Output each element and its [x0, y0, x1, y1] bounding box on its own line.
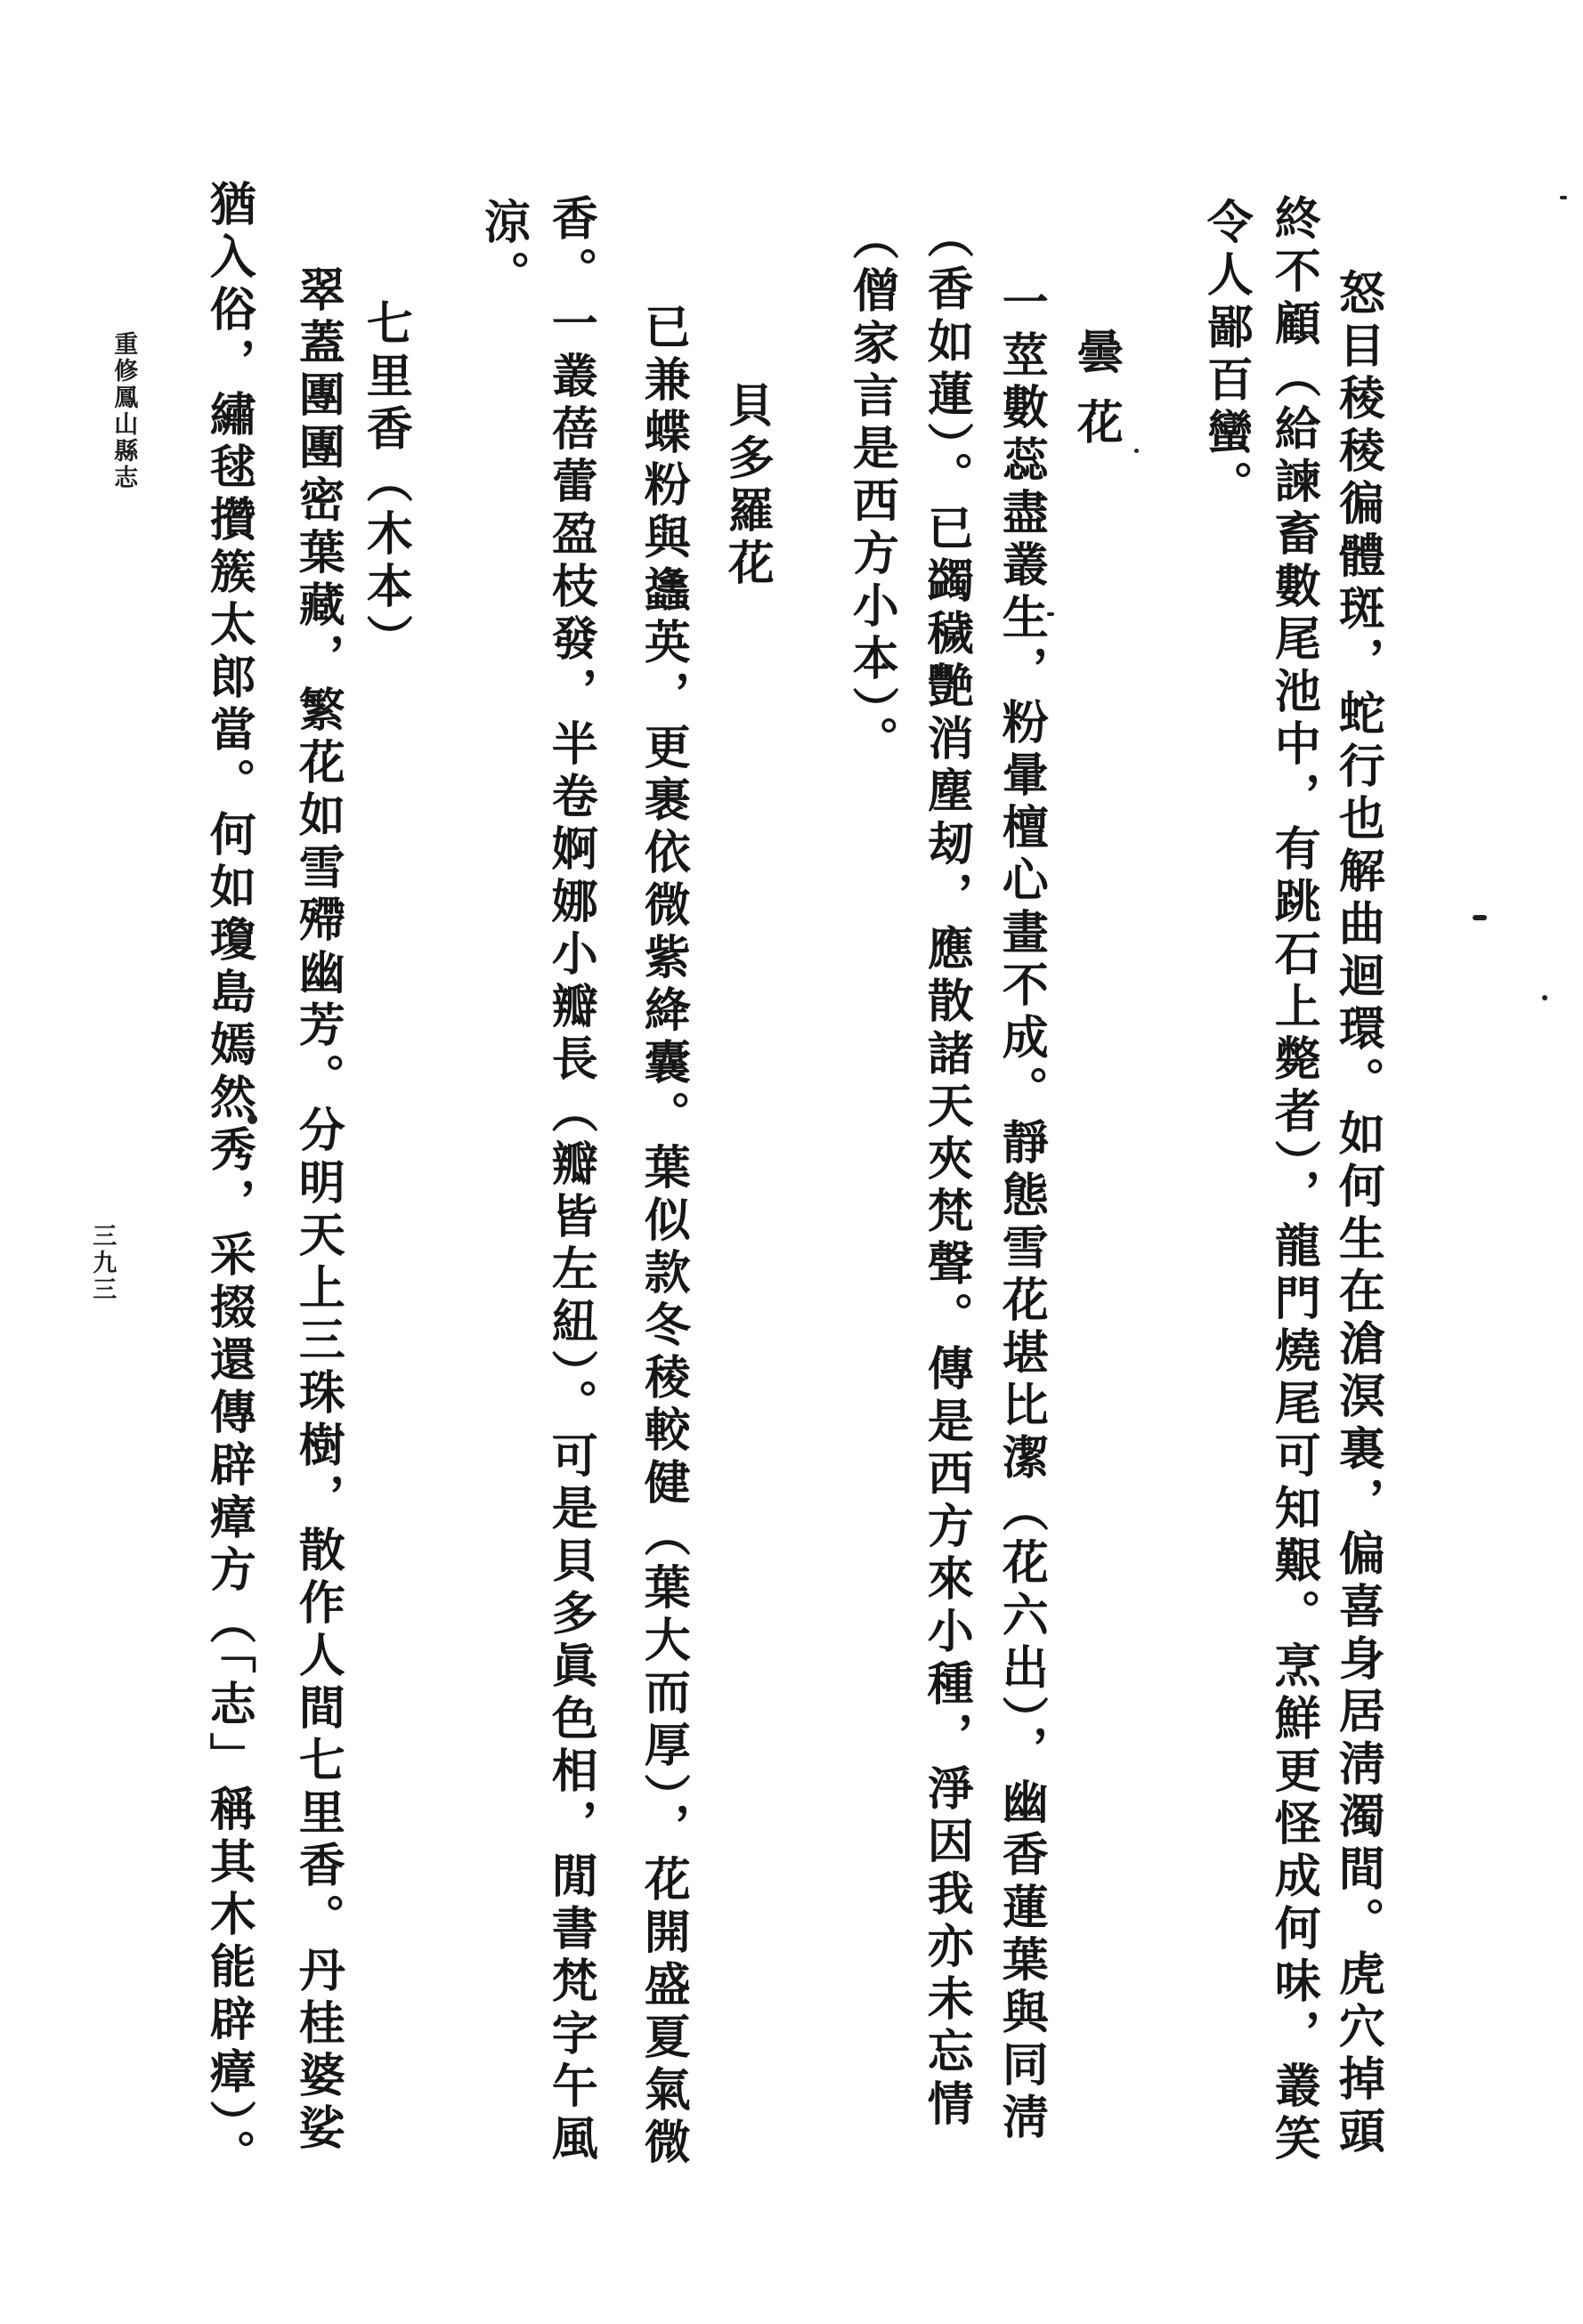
poem-column: 翠蓋團團密葉藏，繁花如雪殢幽芳。分明天上三珠樹，散作人間七里香。丹桂婆娑	[290, 265, 342, 2156]
section-title-tanhua: 曇 花	[1068, 328, 1120, 450]
poem-column: 一莖數蕊盡叢生，粉暈檀心畫不成。靜態雪花堪比潔（花六出），幽香蓮葉與同淸	[994, 278, 1045, 2145]
section-title-qilixiang: 七里香（木本）	[358, 299, 410, 667]
page-number: 三九三	[89, 1223, 116, 1303]
ink-speck	[1134, 449, 1139, 453]
poem-column: 香。一叢蓓蕾盈枝發，半卷婀娜小瓣長（瓣皆左紐）。可是貝多眞色相，閒書梵字午風	[543, 194, 595, 2166]
ink-speck	[248, 1114, 257, 1124]
poem-column: （僧家言是西方小本）。	[844, 214, 896, 768]
poem-column: 終不顧（給諫畜數尾池中，有跳石上斃者），龍門燒尾可知艱。烹鮮更怪成何味，叢笑	[1266, 194, 1318, 2166]
scanned-gazetteer-page: 怒目稜稜徧體斑，蛇行也解曲迴環。如何生在滄溟裏，偏喜身居淸濁間。虎穴掉頭 終不顧…	[0, 0, 1583, 2324]
ink-speck	[1047, 612, 1054, 616]
section-title-beiduoluohua: 貝多羅花	[719, 381, 771, 591]
poem-column: 猶入俗，繡毬攢簇太郎當。何如瓊島嫣然秀，采掇還傳辟瘴方（「志」稱其木能辟瘴）。	[201, 180, 253, 2182]
book-title: 重修鳳山縣志	[110, 331, 137, 491]
ink-speck	[1542, 995, 1547, 1000]
poem-column: 涼。	[475, 198, 527, 303]
poem-column: （香如蓮）。已蠲穢艷消塵刼，應散諸天夾梵聲。傳是西方來小種，淨因我亦未忘情	[919, 212, 970, 2132]
ink-speck	[1560, 196, 1567, 199]
ink-speck	[1473, 915, 1487, 920]
poem-column: 令人鄙百蠻。	[1198, 198, 1250, 513]
poem-column: 怒目稜稜徧體斑，蛇行也解曲迴環。如何生在滄溟裏，偏喜身居淸濁間。虎穴掉頭	[1330, 269, 1382, 2159]
poem-column: 已兼蝶粉與蠭英，更裹依微紫絳囊。葉似款冬稜較健（葉大而厚），花開盛夏氣微	[636, 303, 687, 2170]
